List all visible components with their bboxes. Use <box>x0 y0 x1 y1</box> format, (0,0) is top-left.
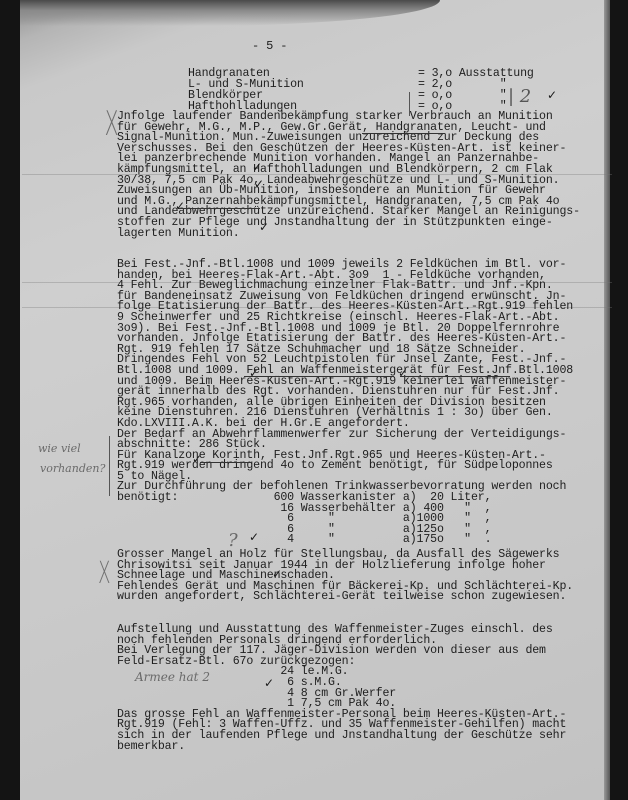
underline-ueb-munition <box>178 208 260 209</box>
margin-bar <box>109 436 110 496</box>
paragraph-equipment: Bei Fest.-Jnf.-Btl.1008 und 1009 jeweils… <box>117 260 573 603</box>
paragraph-personnel: Aufstellung und Ausstattung des Waffenme… <box>117 625 566 752</box>
x-mark: X <box>105 104 119 144</box>
text-line: wurden angefordert, Schlächterei-Gerät t… <box>117 592 573 603</box>
check-mark-icon: ✓ <box>259 220 269 234</box>
check-mark-icon: ✓ <box>272 567 282 581</box>
paragraph-ammunition: Jnfolge laufender Bandenbekämpfung stark… <box>117 112 580 239</box>
check-mark-icon: ✓ <box>398 366 408 380</box>
top-right-annotation: | 2 <box>508 86 531 107</box>
page-right-edge <box>604 0 610 800</box>
check-mark-icon: ✓ <box>252 160 262 174</box>
margin-note: Armee hat 2 <box>135 670 210 684</box>
margin-note: vorhanden? <box>40 462 105 475</box>
check-mark-icon: ✓ <box>192 452 202 466</box>
x-mark: X <box>98 556 110 591</box>
underline-286-stueck <box>200 462 252 463</box>
underline-leuchtpistolen <box>244 376 394 377</box>
margin-bar <box>409 92 410 116</box>
check-mark-icon: ✓ <box>264 676 274 690</box>
margin-note: wie viel <box>38 442 81 455</box>
text-line: bemerkbar. <box>117 742 566 753</box>
check-mark-icon: ✓ <box>249 530 259 544</box>
underline-zante <box>400 376 510 377</box>
underline-unzureichend <box>362 133 445 134</box>
page-number: - 5 - <box>252 41 287 52</box>
check-mark-icon: ✓ <box>254 177 264 191</box>
check-mark-icon: ✓ <box>547 88 557 102</box>
question-mark-annotation: ? <box>228 530 238 551</box>
check-mark-icon: ✓ <box>249 366 259 380</box>
check-mark-icon: ✓ <box>175 199 185 213</box>
ammunition-table: Handgranaten= 3,o AusstattungL- und S-Mu… <box>188 68 534 112</box>
text-line: 4 " a)175o " . <box>117 535 573 546</box>
text-line: lagerten Munition. <box>117 229 580 240</box>
